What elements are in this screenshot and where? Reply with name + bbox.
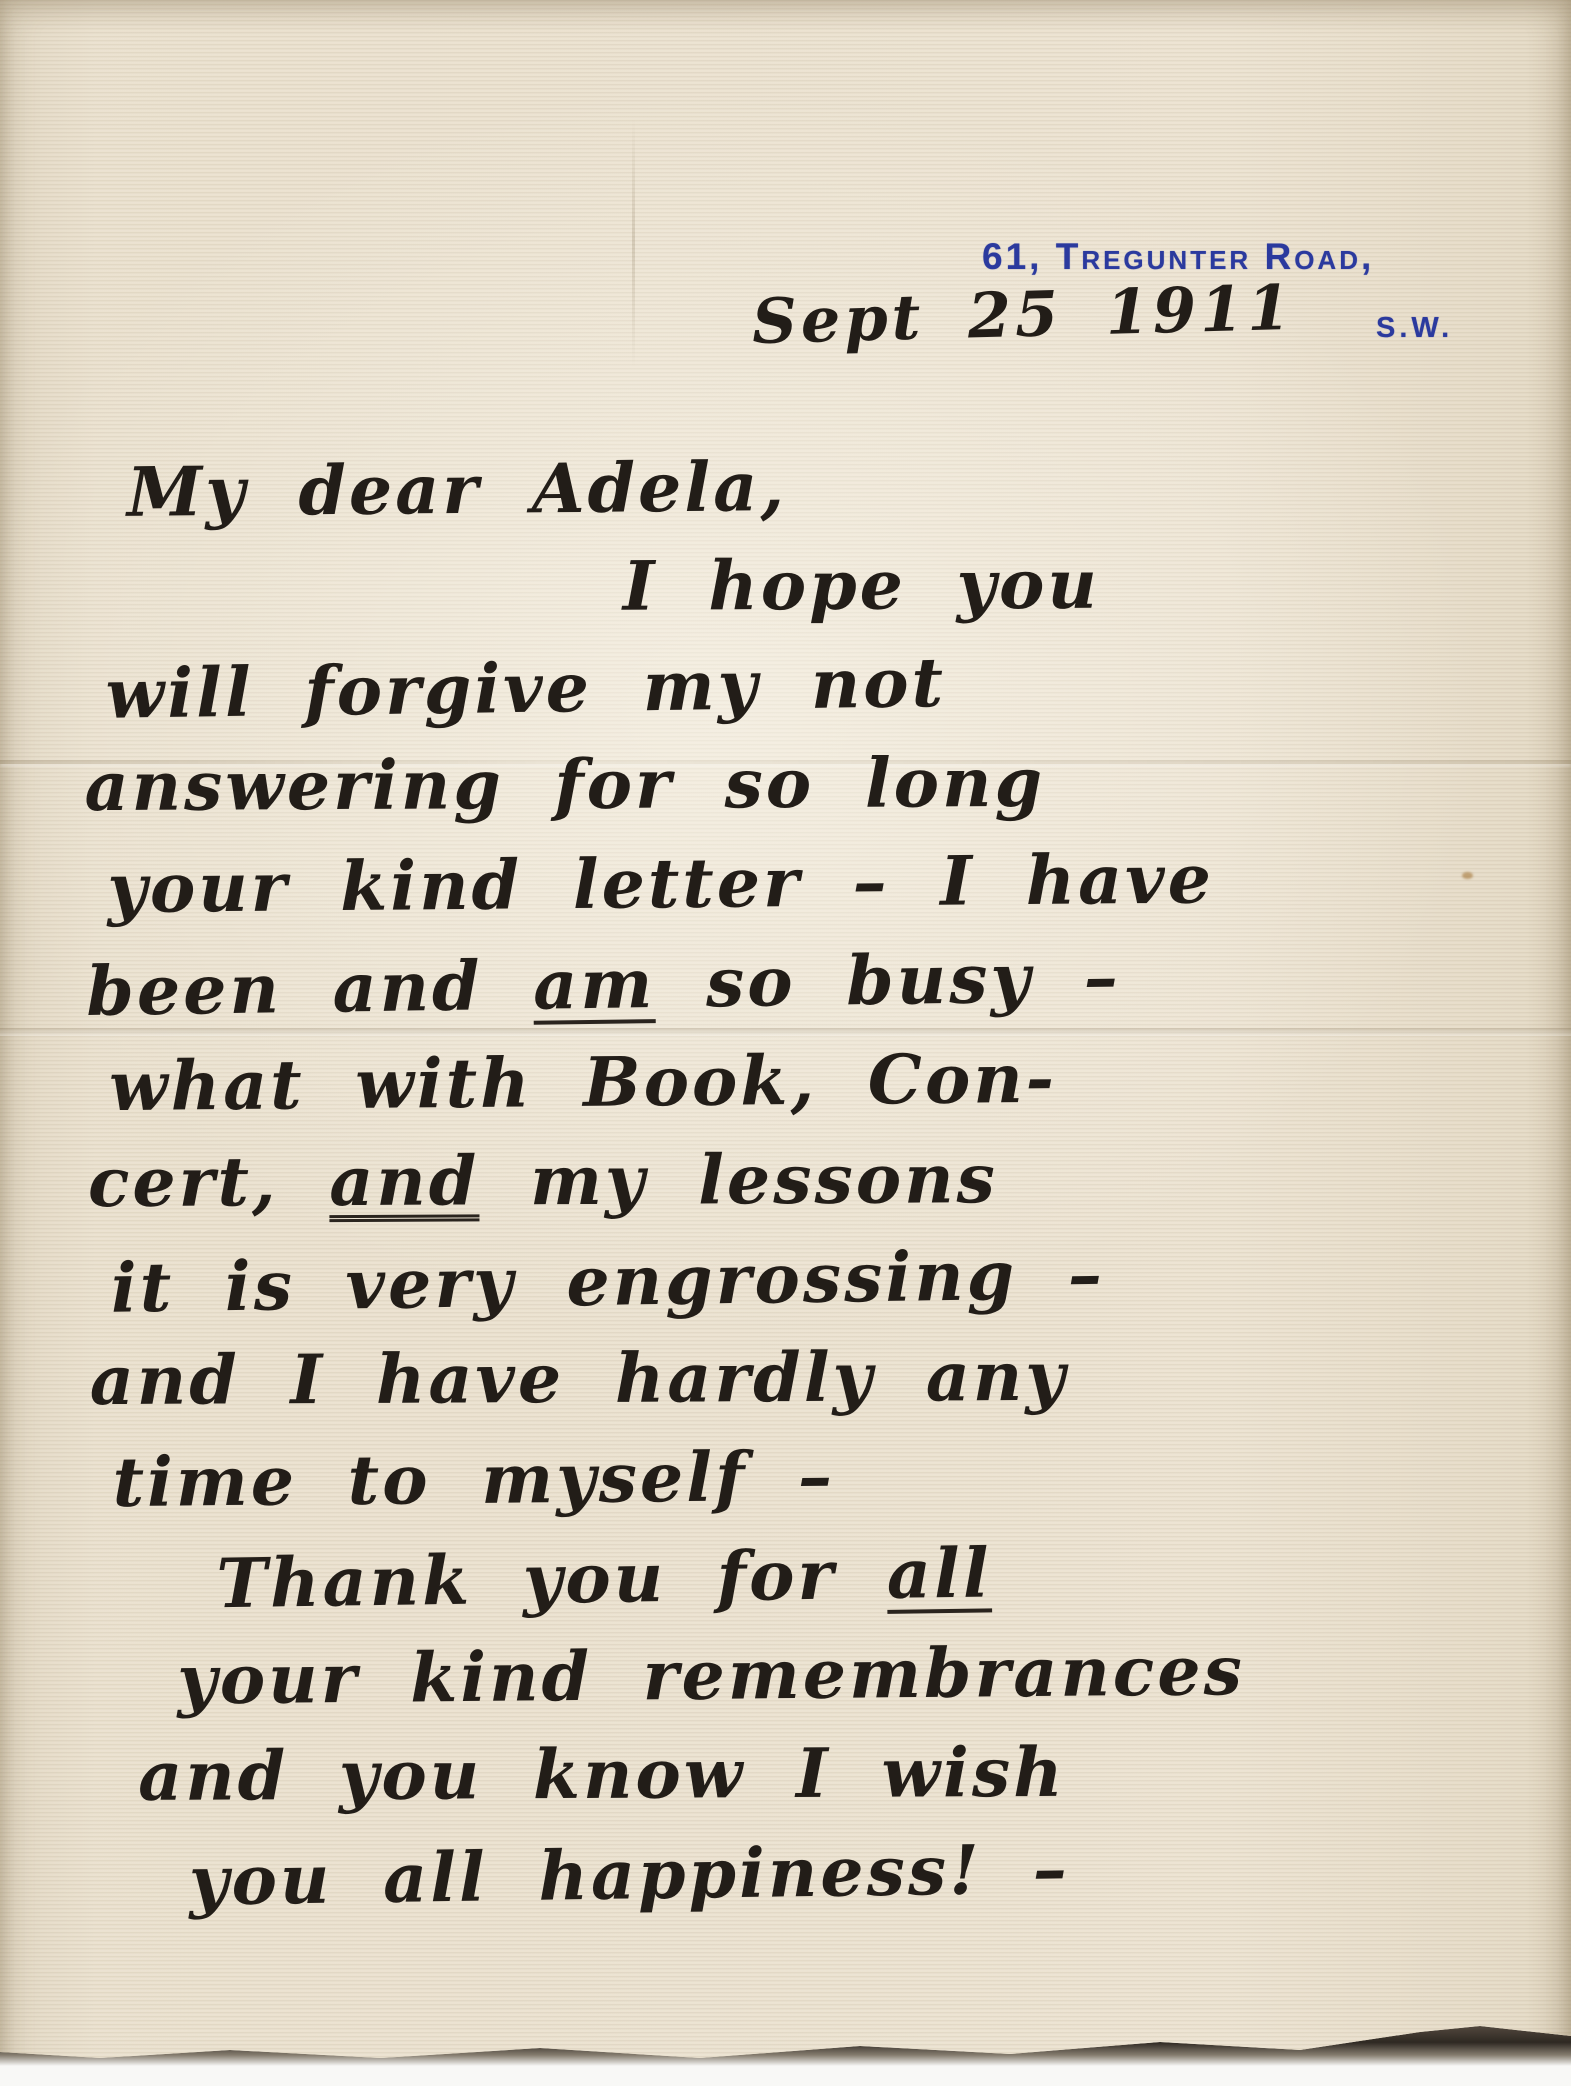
letter-text: and I have hardly any: [90, 1337, 1068, 1421]
letter-line: cert, and my lessons: [88, 1128, 1521, 1233]
letter-paper: 61, Tregunter Road, S.W. Sept 25 1911 My…: [0, 0, 1571, 2086]
letter-text: what with Book, Con-: [109, 1039, 1057, 1127]
letter-line: been and am so busy –: [86, 923, 1520, 1042]
letter-line: and I have hardly any: [90, 1326, 1523, 1431]
letter-line: My dear Adela,: [82, 432, 1516, 544]
letter-text: my lessons: [479, 1139, 998, 1221]
letterhead-address: 61, Tregunter Road,: [982, 236, 1374, 278]
letter-text: time to myself –: [112, 1437, 835, 1523]
letter-text: it is very engrossing –: [110, 1235, 1105, 1329]
letter-line: Thank you for all: [91, 1517, 1525, 1636]
letter-line: what with Book, Con-: [87, 1026, 1521, 1138]
scanned-letter: 61, Tregunter Road, S.W. Sept 25 1911 My…: [0, 0, 1571, 2086]
fold-crease-vertical: [632, 118, 635, 368]
underlined-word: and: [329, 1141, 479, 1222]
letter-text: I hope you: [623, 545, 1100, 627]
letter-text: will forgive my not: [105, 643, 946, 735]
letter-line: you all happiness! –: [93, 1814, 1527, 1933]
letter-line: I hope you: [83, 534, 1516, 639]
letter-line: it is very engrossing –: [88, 1220, 1522, 1339]
letter-text: cert,: [88, 1142, 330, 1223]
underlined-word: all: [886, 1533, 992, 1614]
letter-text: your kind letter – I have: [107, 839, 1214, 929]
letter-text: answering for so long: [84, 743, 1045, 827]
letter-body: My dear Adela,I hope youwill forgive my …: [82, 432, 1528, 1929]
letter-line: your kind letter – I have: [85, 828, 1519, 940]
underlined-word: am: [533, 944, 656, 1026]
letterhead-district: S.W.: [1376, 312, 1453, 345]
letter-text: you all happiness! –: [189, 1829, 1071, 1921]
letter-text: your kind remembrances: [177, 1631, 1245, 1720]
letter-line: your kind remembrances: [92, 1620, 1526, 1732]
letter-line: will forgive my not: [83, 626, 1517, 745]
letter-text: so busy –: [655, 938, 1122, 1024]
letter-text: My dear Adela,: [127, 447, 788, 533]
letter-text: and you know I wish: [138, 1733, 1066, 1817]
letter-text: Thank you for: [216, 1535, 887, 1624]
letter-line: time to myself –: [90, 1422, 1524, 1534]
letter-line: and you know I wish: [93, 1722, 1526, 1827]
letter-line: answering for so long: [84, 732, 1517, 837]
letter-text: been and: [86, 946, 534, 1032]
date-line: Sept 25 1911: [751, 271, 1295, 358]
